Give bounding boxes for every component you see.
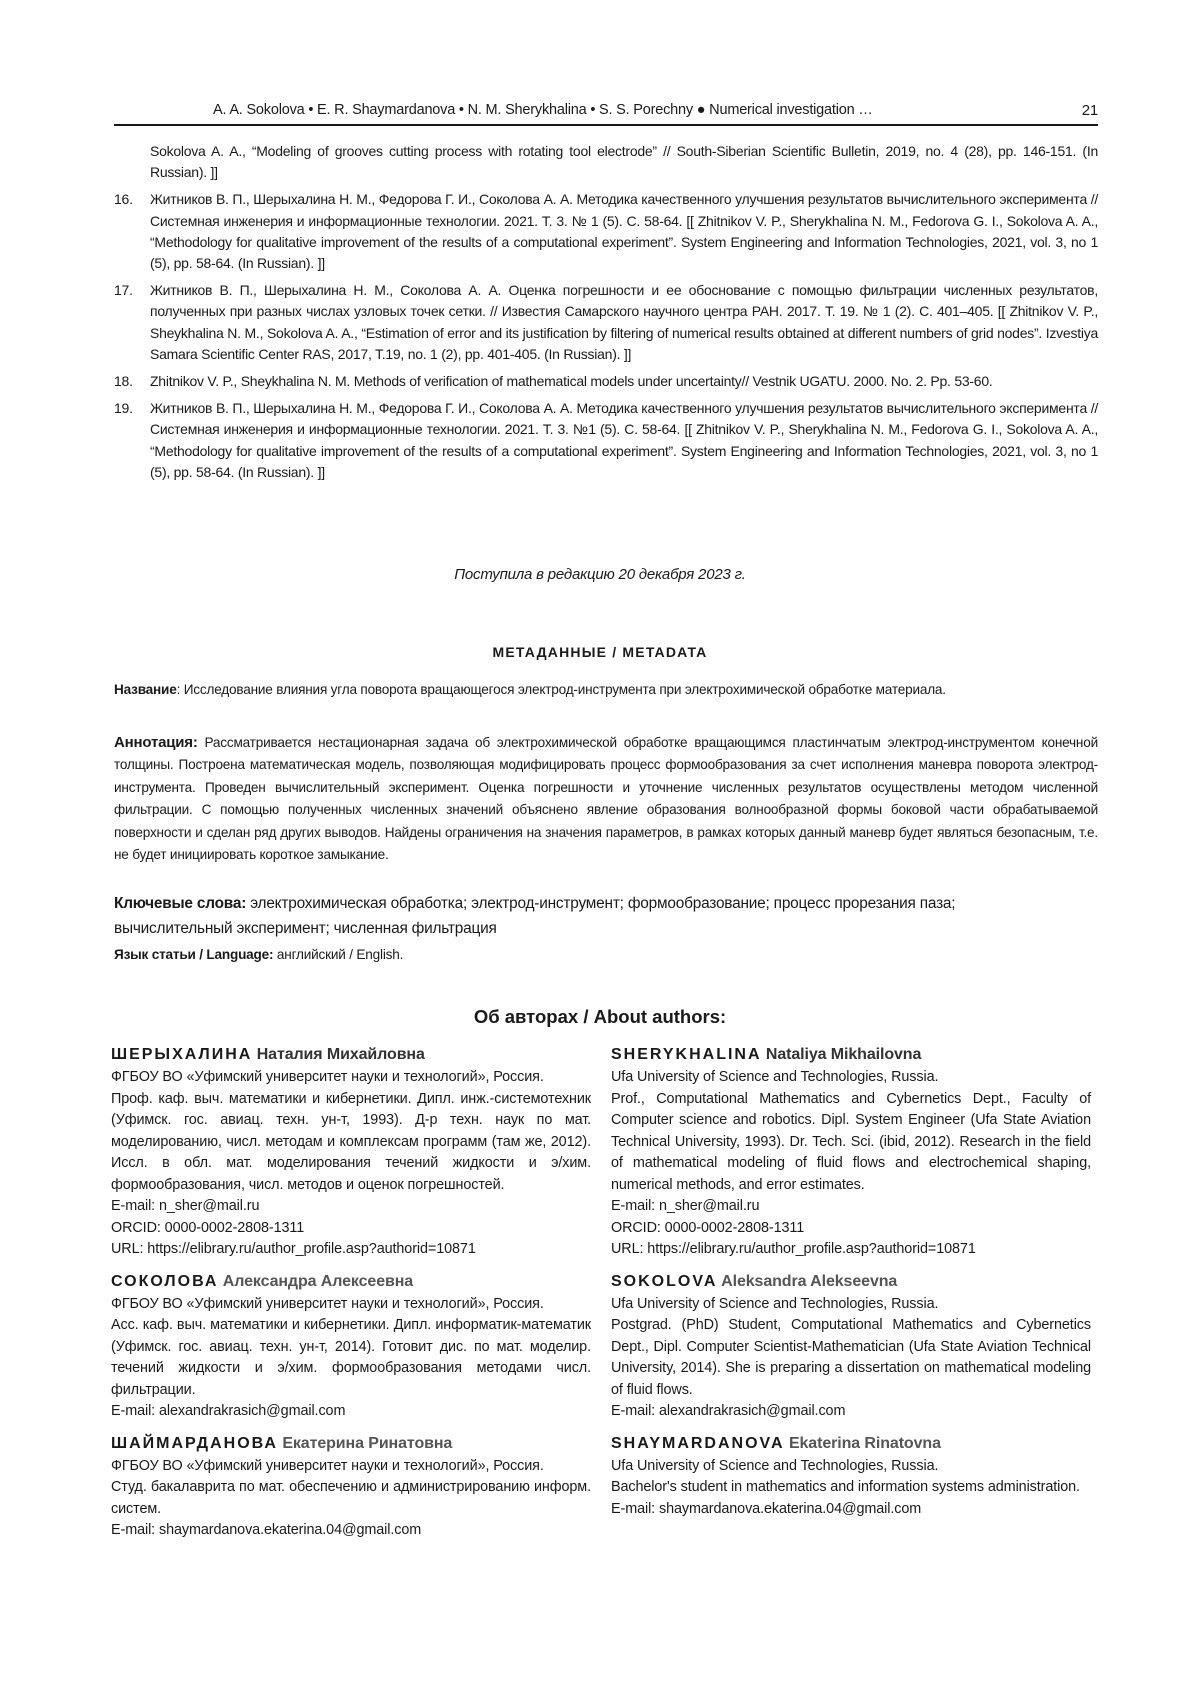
reference-text: Житников В. П., Шерыхалина Н. М., Соколо… (150, 280, 1098, 365)
reference-number: 18. (114, 371, 133, 392)
reference-item: 19. Житников В. П., Шерыхалина Н. М., Фе… (114, 398, 1098, 483)
author-url-link[interactable]: URL: https://elibrary.ru/author_profile.… (111, 1239, 591, 1261)
reference-number: 19. (114, 398, 133, 419)
running-header: A. A. Sokolova • E. R. Shaymardanova • N… (114, 100, 1098, 126)
author-bio: Асс. каф. выч. математики и кибернетики.… (111, 1315, 591, 1401)
author-given-name: Александра Алексеевна (223, 1273, 413, 1290)
author-email-link[interactable]: E-mail: alexandrakrasich@gmail.com (611, 1401, 1091, 1423)
metadata-title: Название: Исследование влияния угла пово… (114, 678, 1098, 702)
journal-page: A. A. Sokolova • E. R. Shaymardanova • N… (0, 0, 1200, 1697)
author-surname: SHERYKHALINA (611, 1046, 762, 1063)
author-surname: ШЕРЫХАЛИНА (111, 1046, 252, 1063)
author-given-name: Aleksandra Alekseevna (721, 1273, 897, 1290)
metadata-keywords: Ключевые слова: электрохимическая обрабо… (114, 891, 1014, 941)
reference-text: Житников В. П., Шерыхалина Н. М., Федоро… (150, 189, 1098, 274)
abstract-text: Рассматривается нестационарная задача об… (114, 735, 1098, 862)
metadata-title-label: Название (114, 682, 177, 697)
author-email-link[interactable]: E-mail: n_sher@mail.ru (111, 1196, 591, 1218)
reference-text: Sokolova A. A., “Modeling of grooves cut… (150, 141, 1098, 183)
author-card: SOKOLOVA Aleksandra Alekseevna Ufa Unive… (611, 1270, 1091, 1423)
metadata-language: Язык статьи / Language: английский / Eng… (114, 945, 1098, 965)
author-affiliation: Ufa University of Science and Technologi… (611, 1456, 1091, 1478)
metadata-title-text: : Исследование влияния угла поворота вра… (177, 682, 946, 697)
reference-number: 16. (114, 189, 133, 210)
author-surname: SOKOLOVA (611, 1273, 717, 1290)
author-surname: ШАЙМАРДАНОВА (111, 1435, 278, 1452)
author-affiliation: Ufa University of Science and Technologi… (611, 1294, 1091, 1316)
author-bio: Проф. каф. выч. математики и кибернетики… (111, 1089, 591, 1197)
author-surname: SHAYMARDANOVA (611, 1435, 785, 1452)
language-text: английский / English. (273, 947, 403, 962)
author-given-name: Наталия Михайловна (257, 1046, 425, 1063)
author-affiliation: ФГБОУ ВО «Уфимский университет науки и т… (111, 1294, 591, 1316)
author-name: ШЕРЫХАЛИНА Наталия Михайловна (111, 1043, 591, 1067)
author-orcid: ORCID: 0000-0002-2808-1311 (611, 1218, 1091, 1240)
author-given-name: Ekaterina Rinatovna (789, 1435, 941, 1452)
author-card: ШЕРЫХАЛИНА Наталия Михайловна ФГБОУ ВО «… (111, 1043, 591, 1261)
author-card: ШАЙМАРДАНОВА Екатерина Ринатовна ФГБОУ В… (111, 1432, 591, 1542)
author-email-link[interactable]: E-mail: alexandrakrasich@gmail.com (111, 1401, 591, 1423)
author-email-link[interactable]: E-mail: shaymardanova.ekaterina.04@gmail… (611, 1499, 1091, 1521)
author-orcid: ORCID: 0000-0002-2808-1311 (111, 1218, 591, 1240)
author-name: ШАЙМАРДАНОВА Екатерина Ринатовна (111, 1432, 591, 1456)
author-affiliation: Ufa University of Science and Technologi… (611, 1067, 1091, 1089)
metadata-heading: МЕТАДАННЫЕ / METADATA (0, 644, 1200, 660)
author-name: SOKOLOVA Aleksandra Alekseevna (611, 1270, 1091, 1294)
running-title: A. A. Sokolova • E. R. Shaymardanova • N… (213, 102, 873, 118)
reference-item: Sokolova A. A., “Modeling of grooves cut… (114, 141, 1098, 183)
reference-item: 17. Житников В. П., Шерыхалина Н. М., Со… (114, 280, 1098, 365)
reference-item: 16. Житников В. П., Шерыхалина Н. М., Фе… (114, 189, 1098, 274)
author-name: SHAYMARDANOVA Ekaterina Rinatovna (611, 1432, 1091, 1456)
author-url-link[interactable]: URL: https://elibrary.ru/author_profile.… (611, 1239, 1091, 1261)
authors-column-ru: ШЕРЫХАЛИНА Наталия Михайловна ФГБОУ ВО «… (111, 1043, 591, 1551)
author-card: SHERYKHALINA Nataliya Mikhailovna Ufa Un… (611, 1043, 1091, 1261)
author-name: СОКОЛОВА Александра Алексеевна (111, 1270, 591, 1294)
reference-item: 18. Zhitnikov V. P., Sheykhalina N. M. M… (114, 371, 1098, 392)
language-label: Язык статьи / Language: (114, 947, 273, 962)
author-bio: Postgrad. (PhD) Student, Computational M… (611, 1315, 1091, 1401)
authors-heading: Об авторах / About authors: (0, 1006, 1200, 1028)
author-name: SHERYKHALINA Nataliya Mikhailovna (611, 1043, 1091, 1067)
author-bio: Студ. бакалаврита по мат. обеспечению и … (111, 1477, 591, 1520)
author-email-link[interactable]: E-mail: n_sher@mail.ru (611, 1196, 1091, 1218)
reference-number: 17. (114, 280, 133, 301)
keywords-label: Ключевые слова: (114, 895, 246, 912)
author-given-name: Екатерина Ринатовна (282, 1435, 452, 1452)
author-bio: Bachelor's student in mathematics and in… (611, 1477, 1091, 1499)
author-card: СОКОЛОВА Александра Алексеевна ФГБОУ ВО … (111, 1270, 591, 1423)
author-affiliation: ФГБОУ ВО «Уфимский университет науки и т… (111, 1067, 591, 1089)
author-bio: Prof., Computational Mathematics and Cyb… (611, 1089, 1091, 1197)
metadata-abstract: Аннотация: Рассматривается нестационарна… (114, 732, 1098, 866)
author-surname: СОКОЛОВА (111, 1273, 218, 1290)
authors-column-en: SHERYKHALINA Nataliya Mikhailovna Ufa Un… (611, 1043, 1091, 1529)
author-card: SHAYMARDANOVA Ekaterina Rinatovna Ufa Un… (611, 1432, 1091, 1521)
received-date: Поступила в редакцию 20 декабря 2023 г. (0, 566, 1200, 583)
author-affiliation: ФГБОУ ВО «Уфимский университет науки и т… (111, 1456, 591, 1478)
reference-text: Житников В. П., Шерыхалина Н. М., Федоро… (150, 398, 1098, 483)
reference-text: Zhitnikov V. P., Sheykhalina N. M. Metho… (150, 371, 1098, 392)
abstract-label: Аннотация: (114, 734, 198, 751)
page-number: 21 (1082, 102, 1098, 119)
author-email-link[interactable]: E-mail: shaymardanova.ekaterina.04@gmail… (111, 1520, 591, 1542)
reference-list: Sokolova A. A., “Modeling of grooves cut… (114, 141, 1098, 489)
author-given-name: Nataliya Mikhailovna (766, 1046, 921, 1063)
